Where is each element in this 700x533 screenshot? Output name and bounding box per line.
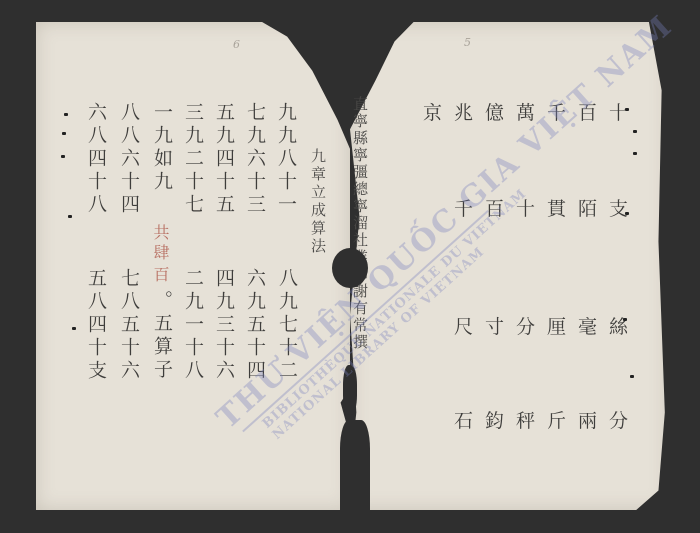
binding-mark: [61, 155, 65, 158]
currency-units-row: 支陌貫十百千: [454, 194, 640, 221]
annotation-lower: 。五算子: [152, 290, 171, 382]
left-page-title: 九章立成算法: [310, 148, 325, 256]
spine-tear: [343, 365, 357, 415]
binding-mark: [630, 375, 634, 378]
spine-tear: [340, 420, 370, 515]
mult-column-4: 三九二十七: [183, 102, 202, 217]
binding-mark: [633, 130, 637, 133]
mult-lower-column-4: 二九一十八: [183, 268, 202, 383]
mult-column-5: 一九如九: [152, 102, 171, 194]
mult-column-3: 五九四十五: [214, 102, 233, 217]
mult-column-2: 七九六十三: [245, 102, 264, 217]
red-annotation-middle: 百: [152, 266, 168, 286]
left-page-number: 6: [233, 38, 240, 51]
right-page-number: 5: [464, 36, 471, 49]
numeral-units-row: 十百千萬億兆京: [423, 98, 640, 125]
mult-column-6: 八八六十四: [119, 102, 138, 217]
author-attribution: 直寧縣寧彊總寧溜社業師謝有常撰: [352, 96, 367, 351]
mult-lower-column-6: 五八四十支: [86, 268, 105, 383]
binding-mark: [625, 108, 629, 111]
binding-mark: [72, 327, 76, 330]
mult-column-7: 六八四十八: [86, 102, 105, 217]
right-page: [350, 22, 668, 510]
mult-lower-column-1: 八九七十二: [277, 268, 296, 383]
mult-column-1: 九九八十一: [276, 102, 295, 217]
binding-mark: [62, 132, 66, 135]
binding-mark: [633, 152, 637, 155]
binding-mark: [623, 318, 627, 321]
length-units-row: 絲毫厘分寸尺: [454, 312, 640, 339]
left-page: [36, 22, 350, 510]
binding-mark: [64, 113, 68, 116]
binding-mark: [625, 212, 629, 215]
binding-mark: [68, 215, 72, 218]
mult-lower-column-5: 七八五十六: [119, 268, 138, 383]
mult-lower-column-3: 四九三十六: [214, 268, 233, 383]
mult-lower-column-2: 六九五十四: [245, 268, 264, 383]
weight-units-row: 分兩斤秤鈞石: [454, 406, 640, 433]
red-annotation-top: 共肆: [152, 224, 168, 264]
spine-damage-hole: [332, 248, 368, 288]
